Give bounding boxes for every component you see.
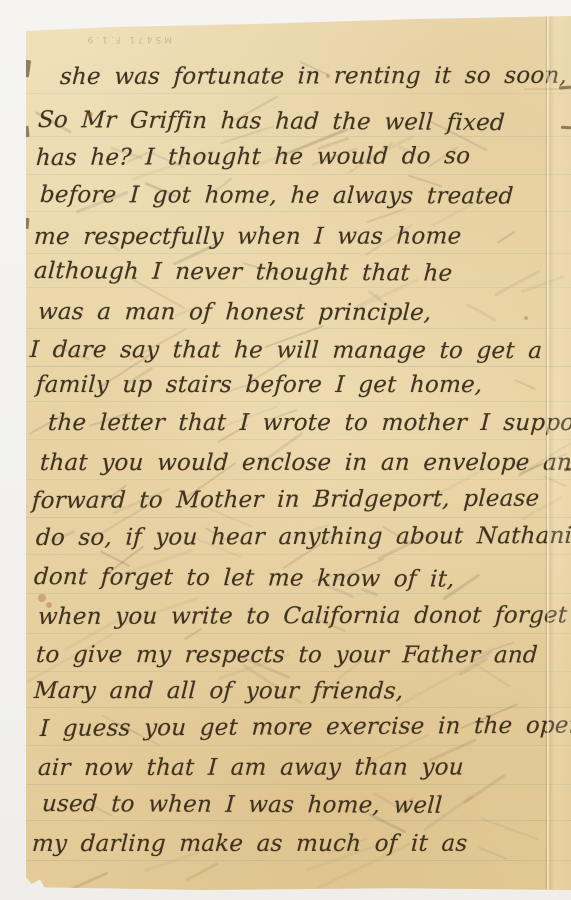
ruled-line: [26, 211, 571, 212]
ruled-line: [26, 593, 571, 594]
letter-line-row: do so, if you hear anything about Nathan…: [26, 525, 571, 559]
letter-line-text: although I never thought that he: [33, 258, 453, 287]
letter-line-row: the letter that I wrote to mother I supp…: [26, 410, 571, 444]
letter-line-row: So Mr Griffin has had the well fixed: [26, 107, 571, 141]
letter-line-row: although I never thought that he: [26, 258, 571, 292]
letter-line-row: family up stairs before I get home,: [26, 372, 571, 406]
letter-line-text: was a man of honest principle,: [37, 299, 432, 326]
ruled-line: [26, 671, 571, 672]
edge-ink-mark: [564, 468, 571, 472]
letter-line-text: family up stairs before I get home,: [35, 372, 483, 398]
ruled-line: [26, 745, 571, 746]
letter-line-row: me respectfully when I was home: [26, 224, 571, 258]
letter-line-row: she was fortunate in renting it so soon,: [26, 64, 571, 98]
ruled-line: [26, 439, 571, 440]
ruled-line: [26, 366, 571, 367]
letter-line-row: before I got home, he always treated: [26, 182, 571, 216]
letter-line-text: air now that I am away than you: [37, 754, 464, 781]
ruled-line: [26, 784, 571, 785]
foxing-dot: [524, 316, 528, 320]
foxing-dot: [88, 112, 93, 117]
ruled-line: [26, 479, 571, 480]
letter-line-row: my darling make as much of it as: [26, 831, 571, 865]
letter-page: she was fortunate in renting it so soon,…: [26, 16, 571, 890]
letter-line-text: I guess you get more exercise in the ope…: [39, 712, 571, 742]
ruled-line: [26, 401, 571, 402]
letter-line-text: I dare say that he will manage to get a: [29, 337, 543, 364]
letter-line-text: used to when I was home, well: [41, 791, 443, 819]
letter-line-row: I guess you get more exercise in the ope…: [26, 716, 571, 750]
letter-line-row: was a man of honest principle,: [26, 299, 571, 333]
letter-line-row: forward to Mother in Bridgeport, please: [26, 488, 571, 522]
foxing-dot: [46, 602, 52, 608]
letter-line-text: she was fortunate in renting it so soon,: [59, 63, 567, 90]
letter-line-row: has he? I thought he would do so: [26, 145, 571, 179]
letter-line-text: before I got home, he always treated: [39, 182, 514, 209]
letter-line-text: when you write to California donot forge…: [37, 602, 568, 630]
letter-line-row: used to when I was home, well: [26, 791, 571, 825]
ruled-line: [26, 517, 571, 518]
ruled-line: [26, 820, 571, 821]
letter-line-text: the letter that I wrote to mother I supp…: [47, 410, 571, 436]
letter-line-text: to give my respects to your Father and: [35, 642, 538, 668]
letter-line-row: air now that I am away than you: [26, 755, 571, 789]
foxing-dot: [326, 74, 330, 78]
letter-line-text: Mary and all of your friends,: [33, 678, 404, 704]
foxing-dot: [38, 594, 46, 602]
letter-line-text: that you would enclose in an envelope an…: [39, 450, 571, 476]
letter-line-text: do so, if you hear anything about Nathan…: [35, 523, 571, 551]
ruled-line: [26, 328, 571, 329]
letter-line-row: Mary and all of your friends,: [26, 678, 571, 712]
letter-line-row: when you write to California donot forge…: [26, 604, 571, 638]
ruled-line: [26, 253, 571, 254]
archival-note: MS471 F.1.9: [54, 34, 172, 44]
ruled-line: [26, 633, 571, 634]
fold-crease-shade: [548, 16, 571, 890]
letter-line-text: me respectfully when I was home: [33, 223, 462, 250]
letter-line-row: I dare say that he will manage to get a: [26, 337, 571, 371]
ruled-line: [26, 707, 571, 708]
fold-crease-line: [547, 16, 549, 890]
ruled-line: [26, 93, 571, 94]
ruled-line: [26, 136, 571, 137]
ruled-line: [26, 287, 571, 288]
edge-ink-mark: [561, 126, 571, 130]
letter-line-text: has he? I thought he would do so: [35, 143, 471, 171]
letter-line-row: that you would enclose in an envelope an…: [26, 450, 571, 484]
letter-line-row: to give my respects to your Father and: [26, 642, 571, 676]
letter-line-text: forward to Mother in Bridgeport, please: [31, 486, 540, 514]
letter-line-text: So Mr Griffin has had the well fixed: [37, 107, 505, 136]
letter-line-text: dont forget to let me know of it,: [33, 564, 455, 593]
ruled-line: [26, 554, 571, 555]
letter-line-row: dont forget to let me know of it,: [26, 564, 571, 598]
letter-line-text: my darling make as much of it as: [31, 831, 468, 857]
ruled-line: [26, 174, 571, 175]
ruled-line: [26, 860, 571, 861]
